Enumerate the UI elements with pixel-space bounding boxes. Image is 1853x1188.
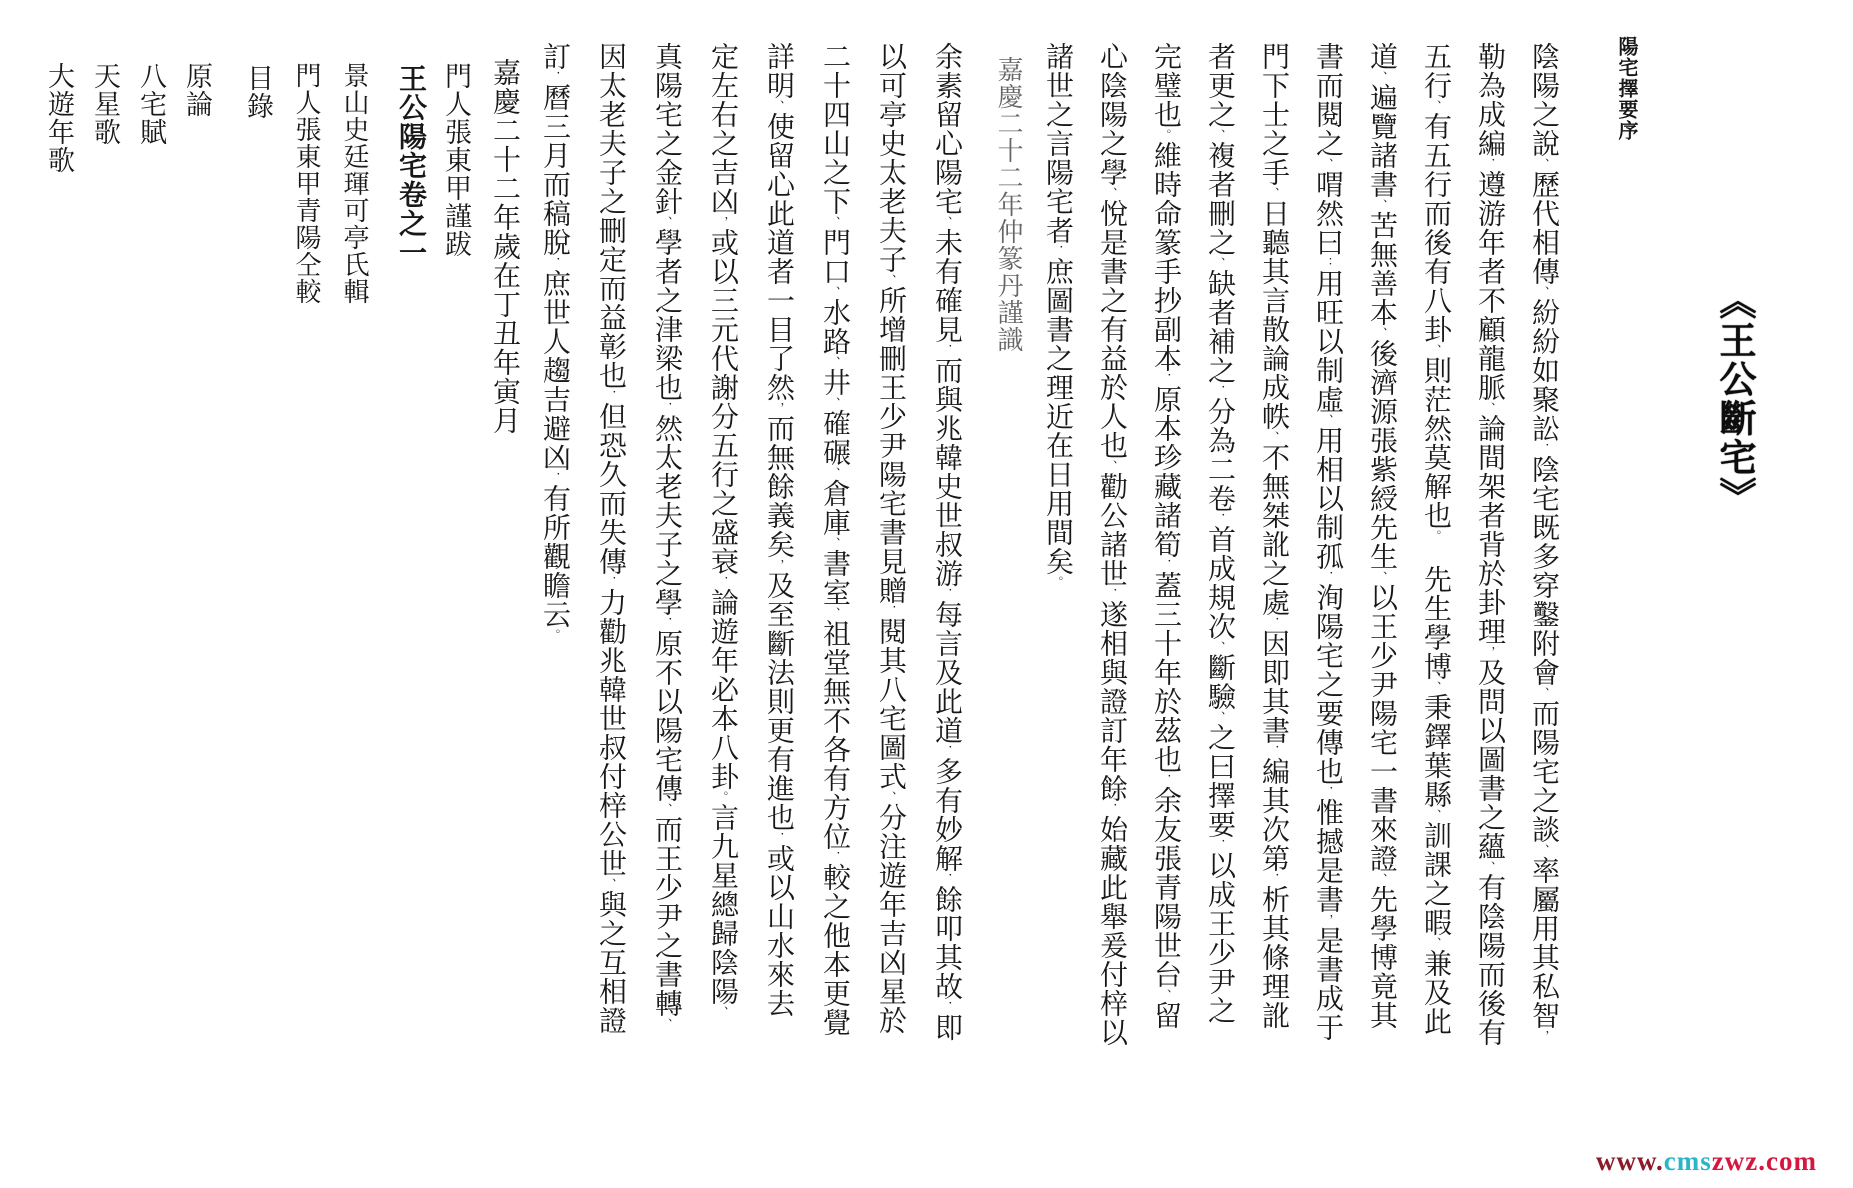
preface2-column-4: 詳明、使留心此道者一目了然，而無餘義矣，及至斷法則更有進也．或以山水來去 bbox=[750, 42, 806, 1154]
main-text-flow: 陰陽之說、歷代相傳、紛紛如聚訟．陰宅既多穿鑿附會、而陽宅之談、率屬用其私智， 勒… bbox=[15, 42, 1570, 1154]
preface2-signer-line: 門人張東甲謹跋 bbox=[434, 42, 478, 1154]
watermark-url: www.cmszwz.com bbox=[1596, 1146, 1817, 1177]
toc-item-dayouniange: 大遊年歌 bbox=[36, 42, 82, 1154]
preface1-column-8: 完璧也。維時命篆手抄副本．原本珍藏諸筍．蓋三十年於茲也．余友張青陽世台、留 bbox=[1138, 42, 1192, 1154]
preface1-column-3: 五行、有五行而後有八卦、則茫然莫解也。 先生學博、秉鐸葉縣、訓課之暇、兼及此 bbox=[1408, 42, 1462, 1154]
preface1-column-2: 勒為成編．遵游年者不顧龍脈、論間架者背於卦理，及問以圖書之蘊、有陰陽而後有 bbox=[1462, 42, 1516, 1154]
watermark-mid: cms bbox=[1664, 1146, 1712, 1176]
volume-title: 王公陽宅卷之一 bbox=[386, 42, 434, 1154]
preface2-column-6: 真陽宅之金針、學者之津梁也．然太老夫子之學．原不以陽宅傳、而王少尹之書轉、 bbox=[638, 42, 694, 1154]
section-heading: 陽宅擇要序 bbox=[1612, 36, 1641, 156]
scanned-book-page: 《王公斷宅》 陽宅擇要序 陰陽之說、歷代相傳、紛紛如聚訟．陰宅既多穿鑿附會、而陽… bbox=[0, 0, 1853, 1188]
preface2-column-5: 定左右之吉凶，或以三元代謝分五行之盛衰．論遊年必本八卦。言九星總歸陰陽、 bbox=[694, 42, 750, 1154]
watermark-suffix: zwz.com bbox=[1712, 1146, 1817, 1176]
preface2-date-line: 嘉慶二十二年歲在丁丑年寅月 bbox=[482, 42, 526, 1154]
preface2-column-2: 以可亭史太老夫子、所增刪王少尹陽宅書見贈．閱其八宅圖式、分注遊年吉凶星於 bbox=[862, 42, 918, 1154]
preface1-column-10: 諸世之言陽宅者．庶圖書之理近在日用間矣。 bbox=[1030, 42, 1084, 1154]
volume-collator: 門人張東甲青陽仝較 bbox=[282, 42, 330, 1154]
preface1-column-6: 門下士之手、日聽其言散論成帙、不無桀訛之處．因即其書．編其次第．析其條理訛 bbox=[1246, 42, 1300, 1154]
volume-compiler: 景山史廷琿可亭氏輯 bbox=[330, 42, 378, 1154]
preface1-column-7: 者更之、複者刪之、缺者補之．分為二卷．首成規次、斷驗、之曰擇要．以成王少尹之 bbox=[1192, 42, 1246, 1154]
toc-item-yuanlun: 原論 bbox=[174, 42, 220, 1154]
preface2-column-7: 因太老夫子之刪定而益彰也．但恐久而失傳．力勸兆韓世叔付梓公世、與之互相證 bbox=[582, 42, 638, 1154]
preface2-column-1: 余素留心陽宅、未有確見．而與兆韓史世叔游．每言及此道．多有妙解．餘叩其故．即 bbox=[918, 42, 974, 1154]
preface1-column-5: 書而閱之、喟然曰：用旺以制虛、用相以制孤．洵陽宅之要傳也．惟撼是書，是書成于 bbox=[1300, 42, 1354, 1154]
preface1-column-4: 道、遍覽諸書、苦無善本、後濟源張紫綬先生、以王少尹陽宅一書來證、先學博竟其 bbox=[1354, 42, 1408, 1154]
watermark-prefix: www. bbox=[1596, 1146, 1664, 1176]
book-title: 《王公斷宅》 bbox=[1706, 282, 1760, 512]
preface1-signature: 嘉慶二十二年仲篆丹謹識 bbox=[986, 42, 1030, 1154]
preface2-column-3: 二十四山之下、門口、水路、井、確碾、倉庫、書室、祖堂無不各有方位．較之他本更覺 bbox=[806, 42, 862, 1154]
preface1-column-1: 陰陽之說、歷代相傳、紛紛如聚訟．陰宅既多穿鑿附會、而陽宅之談、率屬用其私智， bbox=[1516, 42, 1570, 1154]
toc-item-bazhaifu: 八宅賦 bbox=[128, 42, 174, 1154]
preface1-column-9: 心陰陽之學、悅是書之有益於人也、勸公諸世．遂相與證訂年餘．始藏此舉爰付梓以 bbox=[1084, 42, 1138, 1154]
preface2-column-8: 訂．曆三月而稿脫．庶世人趨吉避凶．有所觀瞻云。 bbox=[526, 42, 582, 1154]
toc-heading: 目錄 bbox=[234, 42, 282, 1154]
toc-item-tianxingge: 天星歌 bbox=[82, 42, 128, 1154]
